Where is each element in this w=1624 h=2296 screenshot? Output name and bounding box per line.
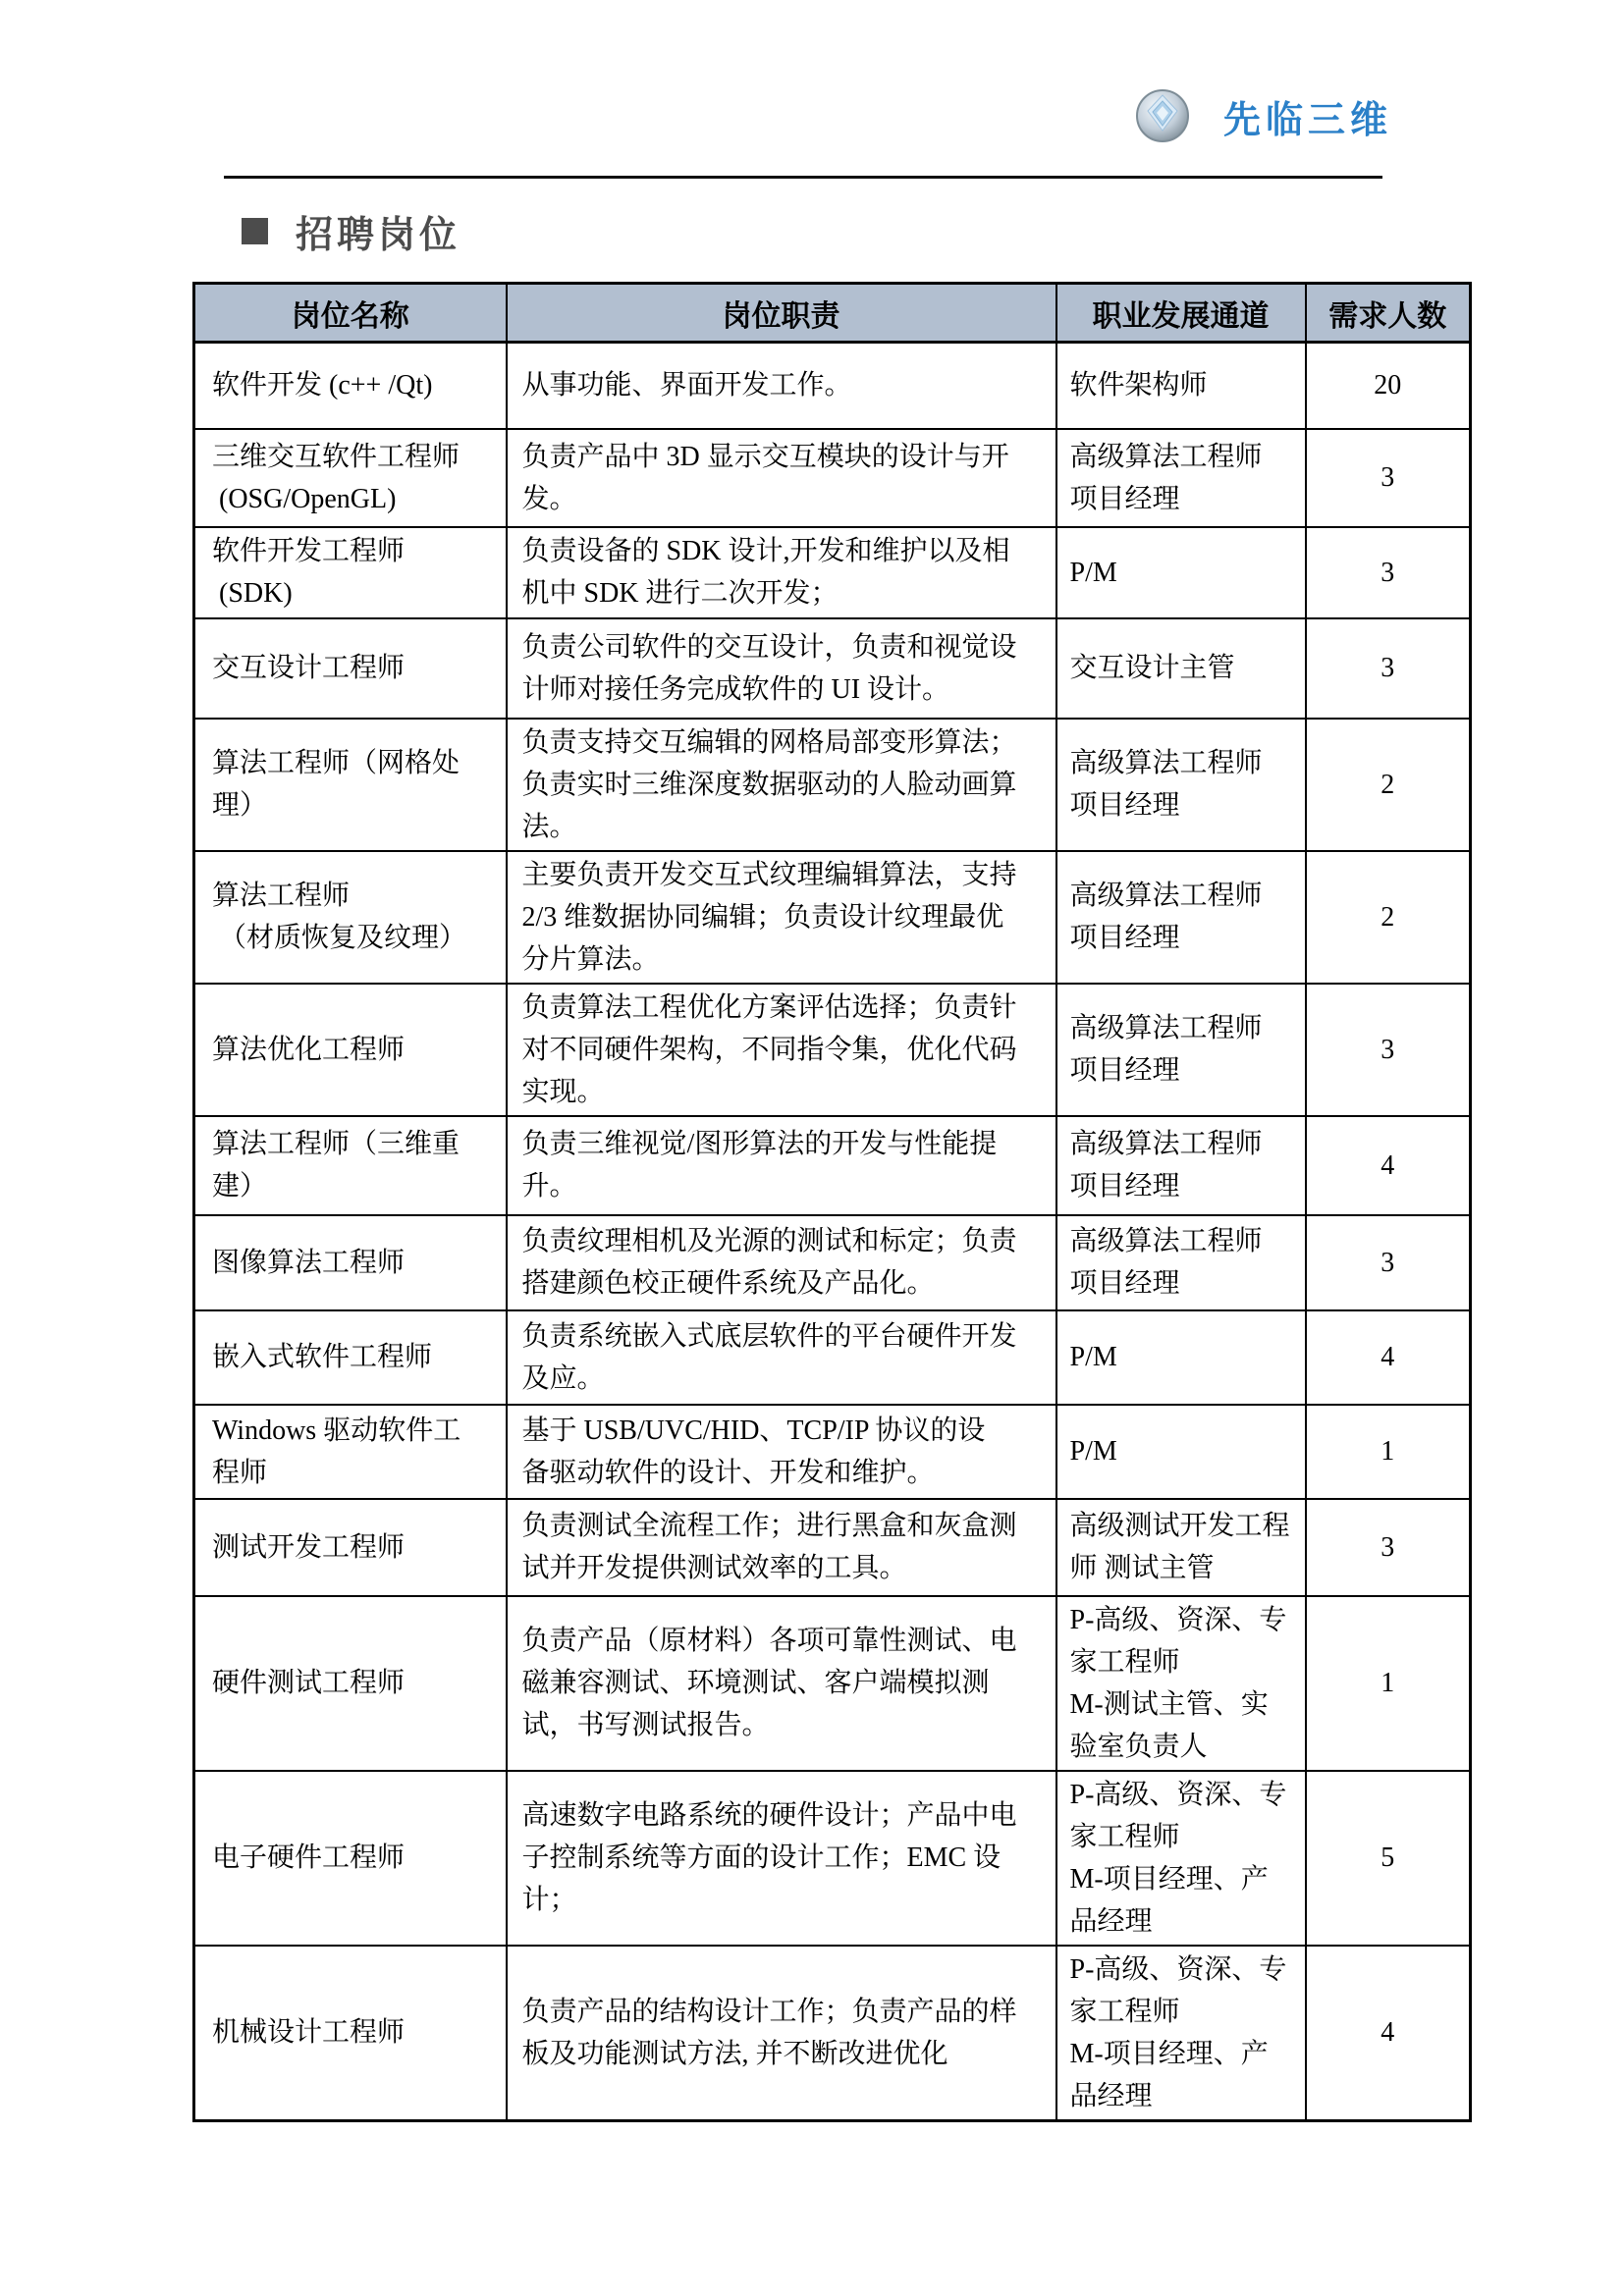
headcount-cell: 1 — [1306, 1405, 1471, 1499]
column-header-position-name: 岗位名称 — [194, 284, 507, 343]
position-name-cell: 算法工程师（三维重 建） — [194, 1116, 507, 1215]
table-row: 算法优化工程师 负责算法工程优化方案评估选择；负责针 对不同硬件架构，不同指令集… — [194, 984, 1471, 1116]
position-duty-cell: 负责产品（原材料）各项可靠性测试、电 磁兼容测试、环境测试、客户端模拟测 试，书… — [507, 1596, 1056, 1771]
career-channel-cell: 高级测试开发工程 师 测试主管 — [1056, 1499, 1306, 1596]
table-row: 测试开发工程师 负责测试全流程工作；进行黑盒和灰盒测 试并开发提供测试效率的工具… — [194, 1499, 1471, 1596]
headcount-cell: 4 — [1306, 1116, 1471, 1215]
column-header-headcount: 需求人数 — [1306, 284, 1471, 343]
position-duty-cell: 主要负责开发交互式纹理编辑算法，支持 2/3 维数据协同编辑；负责设计纹理最优 … — [507, 851, 1056, 984]
headcount-cell: 4 — [1306, 1310, 1471, 1405]
document-page: 先临三维 招聘岗位 岗位名称 岗位职责 职业发展通道 需求人数 软件开发 (c+… — [0, 0, 1624, 2296]
career-channel-cell: 高级算法工程师 项目经理 — [1056, 429, 1306, 527]
table-header-row: 岗位名称 岗位职责 职业发展通道 需求人数 — [194, 284, 1471, 343]
position-duty-cell: 负责算法工程优化方案评估选择；负责针 对不同硬件架构，不同指令集，优化代码 实现… — [507, 984, 1056, 1116]
table-row: 电子硬件工程师 高速数字电路系统的硬件设计；产品中电 子控制系统等方面的设计工作… — [194, 1771, 1471, 1946]
headcount-cell: 3 — [1306, 429, 1471, 527]
positions-table-body: 软件开发 (c++ /Qt) 从事功能、界面开发工作。 软件架构师 20 三维交… — [194, 343, 1471, 2121]
position-name-cell: Windows 驱动软件工 程师 — [194, 1405, 507, 1499]
position-duty-cell: 负责支持交互编辑的网格局部变形算法； 负责实时三维深度数据驱动的人脸动画算 法。 — [507, 719, 1056, 851]
career-channel-cell: P-高级、资深、专 家工程师 M-测试主管、实 验室负责人 — [1056, 1596, 1306, 1771]
position-name-cell: 软件开发工程师 (SDK) — [194, 527, 507, 618]
headcount-cell: 2 — [1306, 851, 1471, 984]
position-name-cell: 算法工程师（网格处 理） — [194, 719, 507, 851]
headcount-cell: 3 — [1306, 1215, 1471, 1310]
position-duty-cell: 基于 USB/UVC/HID、TCP/IP 协议的设 备驱动软件的设计、开发和维… — [507, 1405, 1056, 1499]
position-name-cell: 嵌入式软件工程师 — [194, 1310, 507, 1405]
position-name-cell: 测试开发工程师 — [194, 1499, 507, 1596]
position-duty-cell: 负责三维视觉/图形算法的开发与性能提 升。 — [507, 1116, 1056, 1215]
square-bullet-icon — [242, 218, 268, 244]
position-name-cell: 三维交互软件工程师 (OSG/OpenGL) — [194, 429, 507, 527]
headcount-cell: 3 — [1306, 618, 1471, 719]
position-duty-cell: 负责纹理相机及光源的测试和标定；负责 搭建颜色校正硬件系统及产品化。 — [507, 1215, 1056, 1310]
header-divider-line — [224, 176, 1382, 179]
table-row: 软件开发工程师 (SDK) 负责设备的 SDK 设计,开发和维护以及相 机中 S… — [194, 527, 1471, 618]
career-channel-cell: 高级算法工程师 项目经理 — [1056, 1215, 1306, 1310]
career-channel-cell: P-高级、资深、专 家工程师 M-项目经理、产 品经理 — [1056, 1771, 1306, 1946]
headcount-cell: 2 — [1306, 719, 1471, 851]
table-row: 交互设计工程师 负责公司软件的交互设计，负责和视觉设 计师对接任务完成软件的 U… — [194, 618, 1471, 719]
position-name-cell: 电子硬件工程师 — [194, 1771, 507, 1946]
company-logo: 先临三维 — [1135, 88, 1392, 143]
table-row: 三维交互软件工程师 (OSG/OpenGL) 负责产品中 3D 显示交互模块的设… — [194, 429, 1471, 527]
column-header-career-channel: 职业发展通道 — [1056, 284, 1306, 343]
shining3d-globe-icon — [1135, 88, 1190, 143]
table-row: 算法工程师（三维重 建） 负责三维视觉/图形算法的开发与性能提 升。 高级算法工… — [194, 1116, 1471, 1215]
brand-name: 先临三维 — [1223, 89, 1392, 143]
position-name-cell: 硬件测试工程师 — [194, 1596, 507, 1771]
position-duty-cell: 从事功能、界面开发工作。 — [507, 343, 1056, 429]
positions-table: 岗位名称 岗位职责 职业发展通道 需求人数 软件开发 (c++ /Qt) 从事功… — [192, 282, 1472, 2122]
table-row: 算法工程师 （材质恢复及纹理） 主要负责开发交互式纹理编辑算法，支持 2/3 维… — [194, 851, 1471, 984]
table-row: 嵌入式软件工程师 负责系统嵌入式底层软件的平台硬件开发 及应。 P/M 4 — [194, 1310, 1471, 1405]
position-name-cell: 算法优化工程师 — [194, 984, 507, 1116]
headcount-cell: 20 — [1306, 343, 1471, 429]
position-duty-cell: 负责产品中 3D 显示交互模块的设计与开 发。 — [507, 429, 1056, 527]
column-header-duty: 岗位职责 — [507, 284, 1056, 343]
position-name-cell: 图像算法工程师 — [194, 1215, 507, 1310]
career-channel-cell: P/M — [1056, 527, 1306, 618]
headcount-cell: 3 — [1306, 1499, 1471, 1596]
table-row: 硬件测试工程师 负责产品（原材料）各项可靠性测试、电 磁兼容测试、环境测试、客户… — [194, 1596, 1471, 1771]
position-duty-cell: 高速数字电路系统的硬件设计；产品中电 子控制系统等方面的设计工作；EMC 设 计… — [507, 1771, 1056, 1946]
career-channel-cell: 交互设计主管 — [1056, 618, 1306, 719]
position-name-cell: 软件开发 (c++ /Qt) — [194, 343, 507, 429]
career-channel-cell: P-高级、资深、专 家工程师 M-项目经理、产 品经理 — [1056, 1946, 1306, 2121]
position-duty-cell: 负责公司软件的交互设计，负责和视觉设 计师对接任务完成软件的 UI 设计。 — [507, 618, 1056, 719]
headcount-cell: 3 — [1306, 527, 1471, 618]
headcount-cell: 4 — [1306, 1946, 1471, 2121]
section-title: 招聘岗位 — [296, 204, 460, 258]
table-row: Windows 驱动软件工 程师 基于 USB/UVC/HID、TCP/IP 协… — [194, 1405, 1471, 1499]
position-duty-cell: 负责系统嵌入式底层软件的平台硬件开发 及应。 — [507, 1310, 1056, 1405]
position-name-cell: 机械设计工程师 — [194, 1946, 507, 2121]
table-row: 图像算法工程师 负责纹理相机及光源的测试和标定；负责 搭建颜色校正硬件系统及产品… — [194, 1215, 1471, 1310]
career-channel-cell: P/M — [1056, 1310, 1306, 1405]
table-row: 机械设计工程师 负责产品的结构设计工作；负责产品的样 板及功能测试方法, 并不断… — [194, 1946, 1471, 2121]
career-channel-cell: P/M — [1056, 1405, 1306, 1499]
table-row: 软件开发 (c++ /Qt) 从事功能、界面开发工作。 软件架构师 20 — [194, 343, 1471, 429]
career-channel-cell: 高级算法工程师 项目经理 — [1056, 984, 1306, 1116]
position-name-cell: 算法工程师 （材质恢复及纹理） — [194, 851, 507, 984]
position-duty-cell: 负责设备的 SDK 设计,开发和维护以及相 机中 SDK 进行二次开发； — [507, 527, 1056, 618]
career-channel-cell: 软件架构师 — [1056, 343, 1306, 429]
headcount-cell: 5 — [1306, 1771, 1471, 1946]
career-channel-cell: 高级算法工程师 项目经理 — [1056, 1116, 1306, 1215]
section-heading: 招聘岗位 — [242, 204, 460, 258]
table-row: 算法工程师（网格处 理） 负责支持交互编辑的网格局部变形算法； 负责实时三维深度… — [194, 719, 1471, 851]
career-channel-cell: 高级算法工程师 项目经理 — [1056, 851, 1306, 984]
headcount-cell: 3 — [1306, 984, 1471, 1116]
position-duty-cell: 负责产品的结构设计工作；负责产品的样 板及功能测试方法, 并不断改进优化 — [507, 1946, 1056, 2121]
headcount-cell: 1 — [1306, 1596, 1471, 1771]
career-channel-cell: 高级算法工程师 项目经理 — [1056, 719, 1306, 851]
position-name-cell: 交互设计工程师 — [194, 618, 507, 719]
position-duty-cell: 负责测试全流程工作；进行黑盒和灰盒测 试并开发提供测试效率的工具。 — [507, 1499, 1056, 1596]
